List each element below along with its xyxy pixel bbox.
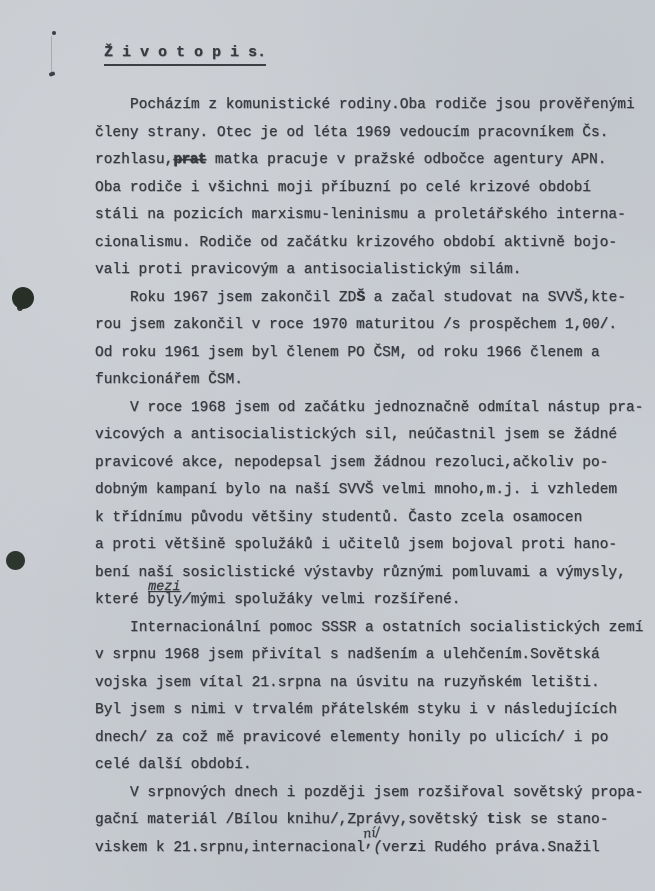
margin-pencil-line [51,36,52,72]
text-line: stáli na pozicích marxismu-leninismu a p… [95,202,640,230]
text-segment: v srpnu 1968 jsem přivítal s nadšením a … [95,647,600,663]
text-line: dobným kampaní bylo na naší SVVŠ velmi m… [95,477,640,505]
text-segment: viskem k 21.srpnu,internacional [95,840,365,856]
text-segment: rou jsem zakončil v roce 1970 maturitou … [95,317,617,333]
document-body: Pocházím z komunistické rodiny.Oba rodič… [95,92,640,862]
text-segment-caret: /mezi [182,592,191,608]
page-title: Ž i v o t o p i s. [104,44,266,66]
margin-pencil-dot-bottom [48,71,55,77]
text-line: dnech/ za což mě pravicové elementy honi… [95,725,640,753]
text-line: členy strany. Otec je od léta 1969 vedou… [95,120,640,148]
inserted-correction-text: mezi [148,581,180,595]
text-line: rou jsem zakončil v roce 1970 maturitou … [95,312,640,340]
text-segment: ver [382,840,408,856]
text-segment: Byl jsem s nimi v trvalém přátelském sty… [95,702,617,718]
text-line: Od roku 1961 jsem byl členem PO ČSM, od … [95,340,640,368]
text-segment: rozhlasu, [95,152,173,168]
text-segment: vali proti pravicovým a antisocialistick… [95,262,521,278]
text-segment: dnech/ za což mě pravicové elementy honi… [95,730,608,746]
text-line: k třídnímu původu většiny studentů. Čast… [95,505,640,533]
text-line: Pocházím z komunistické rodiny.Oba rodič… [95,92,640,120]
text-line: Byl jsem s nimi v trvalém přátelském sty… [95,697,640,725]
text-segment-overstrike: t [487,812,496,828]
text-segment: k třídnímu původu většiny studentů. Čast… [95,510,582,526]
text-line: celé další období. [95,752,640,780]
text-segment: Od roku 1961 jsem byl členem PO ČSM, od … [95,345,600,361]
text-line: v srpnu 1968 jsem přivítal s nadšením a … [95,642,640,670]
text-segment: vojska jsem vítal 21.srpna na úsvitu na … [95,675,600,691]
text-segment: celé další období. [95,757,252,773]
text-segment-overstrike: Š [356,290,365,306]
text-segment: pravicové akce, nepodepsal jsem žádnou r… [95,455,608,471]
text-segment: Internacionální pomoc SSSR a ostatních s… [130,620,643,636]
text-line: vojska jsem vítal 21.srpna na úsvitu na … [95,670,640,698]
text-line: viskem k 21.srpnu,internacional,(ní/verz… [95,835,640,863]
text-line: funkcionářem ČSM. [95,367,640,395]
inserted-correction-text: ní/ [363,825,382,841]
text-line: cionalismu. Rodiče od začátku krizového … [95,230,640,258]
text-segment: a začal studovat na SVVŠ,kte- [365,290,626,306]
text-line: pravicové akce, nepodepsal jsem žádnou r… [95,450,640,478]
text-segment: členy strany. Otec je od léta 1969 vedou… [95,125,608,141]
text-segment: Oba rodiče i všichni moji příbuzní po ce… [95,180,591,196]
hole-punch-top-icon [12,287,34,309]
text-segment: matka pracuje v pražské odbočce agentury… [206,152,606,168]
text-segment: V roce 1968 jsem od začátku jednoznačně … [130,400,643,416]
text-segment-overstrike: z [408,840,417,856]
text-line: Internacionální pomoc SSSR a ostatních s… [95,615,640,643]
margin-pencil-dot-top [52,31,56,35]
text-segment: mými spolužáky velmi rozšířené. [191,592,461,608]
text-segment: bení naší sosiclistické výstavby různými… [95,565,626,581]
text-line: které byly/mezimými spolužáky velmi rozš… [95,587,640,615]
text-segment: V srpnových dnech i později jsem rozšiřo… [130,785,643,801]
text-line: rozhlasu,prat matka pracuje v pražské od… [95,147,640,175]
hole-punch-bottom-icon [6,551,25,570]
text-line: V roce 1968 jsem od začátku jednoznačně … [95,395,640,423]
text-line: a proti většině spolužáků i učitelů jsem… [95,532,640,560]
text-segment: Pocházím z komunistické rodiny.Oba rodič… [130,97,635,113]
scanned-typewritten-page: { "page": { "title": "Ž i v o t o p i s.… [0,0,655,891]
text-line: vali proti pravicovým a antisocialistick… [95,257,640,285]
text-segment: dobným kampaní bylo na naší SVVŠ velmi m… [95,482,617,498]
text-segment-xout: prat [173,152,206,168]
text-segment: gační materiál /Bílou knihu/,Zprávy,sově… [95,812,487,828]
text-line: vicových a antisocialistických sil, neúč… [95,422,640,450]
text-segment-caret: (ní/ [373,840,382,856]
text-segment: funkcionářem ČSM. [95,372,243,388]
text-line: Roku 1967 jsem zakončil ZDŠ a začal stud… [95,285,640,313]
text-line: V srpnových dnech i později jsem rozšiřo… [95,780,640,808]
text-segment: stáli na pozicích marxismu-leninismu a p… [95,207,626,223]
text-segment: i Rudého práva.Snažil [417,840,600,856]
text-segment: Roku 1967 jsem zakončil ZD [130,290,356,306]
text-segment: cionalismu. Rodiče od začátku krizového … [95,235,617,251]
text-segment: vicových a antisocialistických sil, neúč… [95,427,617,443]
text-segment: a proti většině spolužáků i učitelů jsem… [95,537,617,553]
text-segment: isk se stano- [495,812,608,828]
text-line: Oba rodiče i všichni moji příbuzní po ce… [95,175,640,203]
